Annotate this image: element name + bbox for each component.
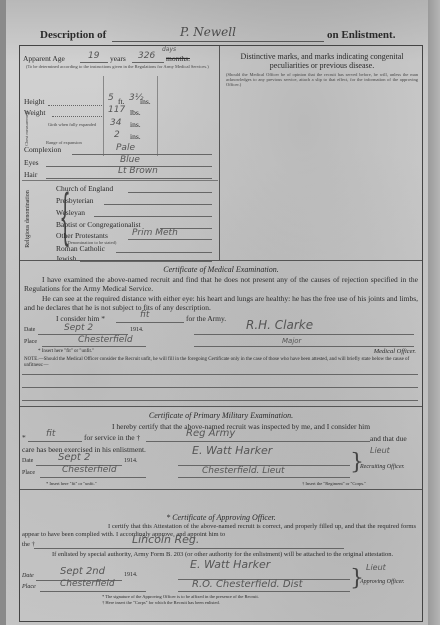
title-label-left: Description of (40, 29, 106, 41)
weight-value: 117 (108, 105, 125, 115)
unfitness-line (22, 374, 418, 375)
religion-option-line (128, 192, 212, 193)
approving-footnotes: * The signature of the Approving Officer… (102, 594, 259, 605)
range-value: 2 (114, 130, 120, 140)
physical-description-section: Apparent Age 19 years 326 days months. (… (20, 46, 220, 260)
eyes-value: Blue (120, 155, 140, 165)
medical-place-value: Chesterfield (78, 335, 133, 345)
approving-date-year: 1914. (124, 572, 138, 578)
section-divider (20, 489, 422, 490)
scan-edge-right (428, 0, 440, 625)
eyes-label: Eyes (24, 158, 39, 167)
height-dots (48, 105, 102, 106)
medical-insert-note: * Insert here "fit" or "unfit." (38, 349, 94, 354)
column-divider (157, 76, 158, 156)
approving-date-value: Sept 2nd (60, 566, 105, 577)
appoint-label: the † (22, 541, 35, 548)
military-location-line (178, 477, 350, 478)
unfitness-line (22, 387, 418, 388)
unfitness-line (22, 400, 418, 401)
girth-value: 34 (110, 118, 121, 128)
distinctive-marks-section: Distinctive marks, and marks indicating … (220, 46, 422, 260)
military-signature-location: Chesterfield. Lieut (202, 466, 285, 476)
age-months-line (132, 62, 164, 63)
complexion-label: Complexion (24, 145, 61, 154)
medical-officer-label: Medical Officer. (374, 348, 416, 355)
religion-option-label: Baptist or Congregationalist (56, 220, 141, 229)
consider-value: fit (140, 310, 149, 320)
months-label: months. (166, 54, 190, 63)
approving-officer-signature: E. Watt Harker (190, 558, 270, 571)
religion-option-label: Church of England (56, 184, 113, 193)
approving-footnote-1: * The signature of the Approving Officer… (102, 594, 259, 600)
medical-para-2-text: He can see at the required distance with… (24, 294, 418, 312)
religion-option-line (116, 252, 212, 253)
girth-label: Girth when fully expanded (44, 122, 100, 127)
approving-place-label: Place (22, 584, 36, 590)
approving-certificate-title: * Certificate of Approving Officer. (20, 513, 422, 522)
hair-value: Lt Brown (118, 166, 158, 176)
approving-footnote-2: † Here insert the "Corps" for which the … (102, 600, 259, 606)
age-days-note: days (162, 46, 176, 53)
approving-location-line (178, 591, 350, 592)
religion-option-label: Roman Catholic (56, 244, 105, 253)
military-date-label: Date (22, 458, 33, 464)
military-insert-note-right: † Insert the "Regiment" or "Corps." (302, 481, 366, 486)
medical-date-year: 1914. (130, 327, 144, 333)
form-frame: Apparent Age 19 years 326 days months. (… (19, 45, 423, 622)
medical-footnote: NOTE.—Should the Medical Officer conside… (24, 357, 418, 369)
military-place-value: Chesterfield (62, 465, 117, 475)
complexion-value: Pale (116, 143, 135, 153)
religion-option-value: Prim Meth (132, 228, 178, 238)
medical-place-label: Place (24, 339, 37, 345)
military-para: I hereby certify that the above-named re… (112, 422, 418, 431)
name-underline (112, 41, 324, 42)
consider-suffix: for the Army. (186, 314, 226, 323)
age-years-value: 19 (88, 51, 99, 61)
consider-label: I consider him * (56, 314, 105, 323)
section-divider (20, 406, 422, 407)
recruit-name: P. Newell (180, 25, 236, 39)
medical-date-value: Sept 2 (64, 323, 93, 333)
appoint-value: Lincoln Reg. (132, 533, 199, 546)
religion-option-line (80, 261, 212, 262)
military-certificate-title: Certificate of Primary Military Examinat… (20, 411, 422, 420)
approving-place-line (40, 591, 146, 592)
hair-line (46, 178, 212, 179)
weight-dots (52, 116, 102, 117)
medical-signature-line (194, 334, 414, 335)
medical-officer-signature: R.H. Clarke (246, 318, 313, 332)
column-divider (103, 76, 104, 156)
hair-label: Hair (24, 170, 37, 179)
lbs-label: lbs. (130, 108, 141, 117)
age-label: Apparent Age (23, 54, 65, 63)
medical-para-1-text: I have examined the above-named recruit … (24, 275, 418, 293)
religion-option-label: Wesleyan (56, 208, 85, 217)
medical-officer-rank: Major (282, 337, 301, 345)
military-place-line (40, 477, 146, 478)
girth-unit: ins. (130, 120, 141, 129)
medical-para-2: He can see at the required distance with… (24, 294, 418, 312)
age-note: (To be determined according to the instr… (26, 64, 216, 69)
military-rank: Lieut (370, 446, 390, 455)
distinctive-marks-note: (Should the Medical Officer be of opinio… (226, 72, 418, 87)
religion-option-line (94, 216, 212, 217)
range-unit: ins. (130, 132, 141, 141)
ins-label: ins. (140, 97, 151, 106)
religion-option-label: Jewish (56, 254, 76, 263)
military-brace: } (350, 452, 364, 474)
military-officer-signature: E. Watt Harker (192, 444, 272, 457)
military-date-year: 1914. (124, 458, 138, 464)
years-label: years (110, 54, 126, 63)
medical-place-line (42, 346, 146, 347)
appoint-line (34, 548, 344, 549)
medical-rank-line (194, 346, 414, 347)
title-label-right: on Enlistment. (327, 29, 395, 41)
medical-para-1: I have examined the above-named recruit … (24, 275, 418, 293)
military-date-value: Sept 2 (58, 452, 90, 463)
medical-certificate-title: Certificate of Medical Examination. (20, 265, 422, 274)
height-label: Height (24, 97, 44, 106)
approving-date-label: Date (22, 573, 34, 579)
religion-option-label: Other Protestants (56, 231, 108, 240)
military-place-label: Place (22, 470, 35, 476)
age-years-line (80, 62, 108, 63)
religion-option-line (104, 204, 212, 205)
chest-group-label: Chest measurement (24, 120, 29, 146)
age-months-value: 326 (138, 51, 155, 61)
distinctive-marks-title: Distinctive marks, and marks indicating … (226, 52, 418, 70)
height-feet: 5 (108, 93, 114, 103)
religion-group-label: Religious denomination (25, 184, 32, 254)
medical-date-label: Date (24, 327, 35, 333)
approving-signature-location: R.O. Chesterfield. Dist (192, 579, 303, 590)
religion-divider (22, 180, 218, 181)
religion-option-label: Presbyterian (56, 196, 94, 205)
consider-line (116, 322, 184, 323)
section-divider (20, 260, 422, 261)
recruiting-officer-label: Recruiting Officer. (360, 464, 405, 470)
complexion-line (72, 154, 212, 155)
approving-place-value: Chesterfield (60, 579, 115, 589)
approving-para-1: I certify that this Attestation of the a… (22, 523, 416, 539)
religion-option-line (128, 239, 212, 240)
approving-officer-label: Approving Officer. (360, 579, 404, 585)
military-insert-note-left: * Insert here "fit" or "unfit." (46, 481, 97, 486)
document-title: Description of P. Newell on Enlistment. (40, 27, 410, 43)
approving-rank: Lieut (366, 563, 386, 572)
